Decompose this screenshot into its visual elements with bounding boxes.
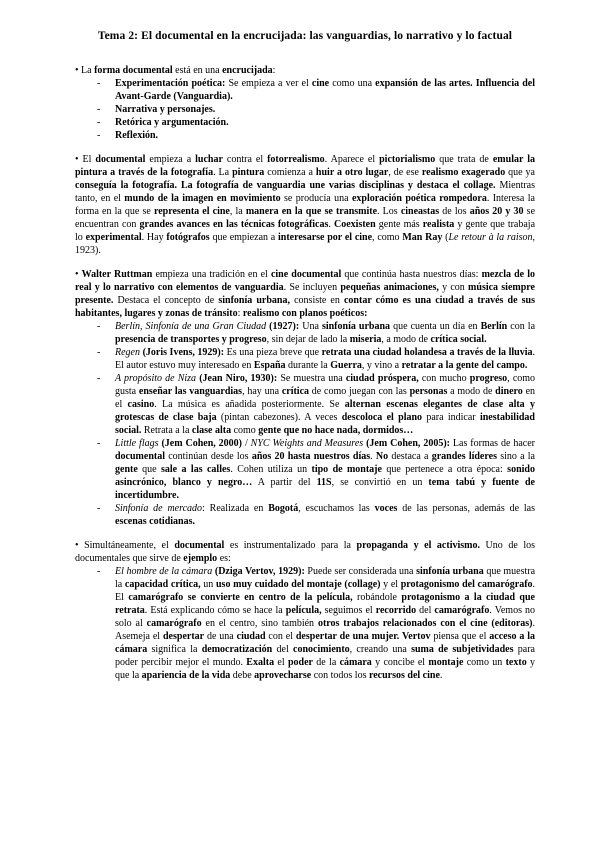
text-run: uso muy cuidado del montaje (collage) bbox=[216, 579, 380, 590]
text-run: cineastas bbox=[401, 206, 439, 217]
sub-list-item: -Reflexión. bbox=[75, 129, 535, 142]
text-run: para indicar bbox=[422, 412, 480, 423]
text-run: documental bbox=[115, 451, 165, 462]
text-run: , la bbox=[230, 206, 246, 217]
text-run: ciudad próspera, bbox=[346, 373, 419, 384]
text-run: seguimos el bbox=[322, 605, 376, 616]
text-run: experimental bbox=[86, 232, 142, 243]
bullet-marker: • bbox=[75, 540, 84, 551]
text-run: democratización bbox=[202, 644, 273, 655]
text-run: pictorialismo bbox=[379, 154, 435, 165]
text-run: continúan desde los bbox=[165, 451, 252, 462]
text-run: de las personas, además de las bbox=[397, 503, 535, 514]
text-run: Retrata a la bbox=[141, 425, 192, 436]
dash-marker: - bbox=[97, 372, 100, 385]
text-run: . Cohen utiliza un bbox=[230, 464, 311, 475]
text-run: aprovecharse bbox=[254, 670, 311, 681]
text-run: en el centro, sino también bbox=[202, 618, 318, 629]
text-run: como un bbox=[463, 657, 505, 668]
bullet-paragraph: • Simultáneamente, el documental es inst… bbox=[75, 539, 535, 565]
text-run: cine bbox=[312, 78, 329, 89]
text-run: del bbox=[272, 644, 293, 655]
text-run: Es una pieza breve que bbox=[224, 347, 322, 358]
text-run: y concibe el bbox=[372, 657, 429, 668]
text-run: otros trabajos relacionados con el cine … bbox=[318, 618, 533, 629]
text-run: consiste en bbox=[290, 295, 344, 306]
text-run: gente que no hace nada, dormidos… bbox=[258, 425, 413, 436]
dash-marker: - bbox=[97, 346, 100, 359]
text-run: realista bbox=[423, 219, 454, 230]
text-run: crítica social. bbox=[431, 334, 487, 345]
text-run: del bbox=[416, 605, 434, 616]
text-run: Man Ray bbox=[402, 232, 442, 243]
dash-marker: - bbox=[97, 103, 100, 116]
text-run: 11S bbox=[317, 477, 332, 488]
text-run: Le retour à la raison bbox=[448, 232, 532, 243]
text-run: cine documental bbox=[271, 269, 341, 280]
text-run: Walter Ruttman bbox=[82, 269, 153, 280]
text-run: forma documental bbox=[94, 65, 173, 76]
text-run: recursos del cine bbox=[369, 670, 440, 681]
text-run: presencia de transportes y progreso bbox=[115, 334, 267, 345]
text-run: que trata de bbox=[435, 154, 493, 165]
sub-list-item: -Retórica y argumentación. bbox=[75, 116, 535, 129]
text-run: Simultáneamente, el bbox=[84, 540, 174, 551]
text-run: luchar bbox=[195, 154, 223, 165]
text-run: texto bbox=[506, 657, 527, 668]
text-run: robándole bbox=[353, 592, 402, 603]
text-run: Guerra bbox=[330, 360, 362, 371]
text-run: como una bbox=[329, 78, 375, 89]
text-run: de una bbox=[204, 631, 237, 642]
text-run: España bbox=[254, 360, 286, 371]
text-run: fotógrafos bbox=[166, 232, 209, 243]
text-run: , escuchamos las bbox=[298, 503, 374, 514]
text-run: que empiezan a bbox=[210, 232, 278, 243]
text-run: No bbox=[376, 451, 388, 462]
dash-marker: - bbox=[97, 129, 100, 142]
text-run: progreso bbox=[470, 373, 507, 384]
text-run: está en una bbox=[173, 65, 222, 76]
text-run: pintura bbox=[232, 167, 264, 178]
text-run: Una bbox=[299, 321, 322, 332]
text-run: grandes avances en las técnicas fotográf… bbox=[140, 219, 329, 230]
text-run: a modo de bbox=[447, 386, 495, 397]
text-run: conseguía la fotografía. La fotografía d… bbox=[75, 180, 496, 191]
text-run: el bbox=[274, 657, 288, 668]
text-run: Exalta bbox=[246, 657, 274, 668]
text-run: gente más bbox=[376, 219, 423, 230]
text-run: película, bbox=[286, 605, 322, 616]
text-run: . bbox=[440, 670, 443, 681]
text-run: protagonismo del camarógrafo bbox=[401, 579, 533, 590]
dash-marker: - bbox=[97, 437, 100, 450]
text-run: El hombre de la cámara bbox=[115, 566, 212, 577]
dash-marker: - bbox=[97, 502, 100, 515]
text-run: . Hay bbox=[142, 232, 167, 243]
text-run: realismo exagerado bbox=[422, 167, 505, 178]
text-run: piensa que el bbox=[430, 631, 489, 642]
text-run: camarógrafo bbox=[434, 605, 489, 616]
text-run: NYC Weights and Measures bbox=[251, 438, 364, 449]
text-run: con mucho bbox=[419, 373, 470, 384]
text-run: : Realizada en bbox=[202, 503, 268, 514]
text-run: poder bbox=[288, 657, 313, 668]
text-run: y el bbox=[380, 579, 400, 590]
text-run: enseñar las vanguardias bbox=[139, 386, 242, 397]
text-run: (Joris Ivens, 1929): bbox=[143, 347, 225, 358]
text-run: , sin dejar de lado la bbox=[267, 334, 350, 345]
sub-list-item: -Sinfonía de mercado: Realizada en Bogot… bbox=[75, 502, 535, 528]
text-run: que bbox=[138, 464, 161, 475]
text-run: de como juegan con las bbox=[309, 386, 410, 397]
text-run: documental bbox=[95, 154, 145, 165]
text-run: . Está explicando cómo se hace la bbox=[145, 605, 286, 616]
text-run: . Los bbox=[377, 206, 401, 217]
bullet-paragraph: • El documental empieza a luchar contra … bbox=[75, 153, 535, 257]
text-run: / bbox=[242, 438, 251, 449]
text-run: , de ese bbox=[388, 167, 422, 178]
text-run: representa el cine bbox=[154, 206, 230, 217]
text-run: (Jem Cohen, 2000) bbox=[161, 438, 242, 449]
text-run: , se convirtió en un bbox=[332, 477, 429, 488]
dash-marker: - bbox=[97, 320, 100, 333]
text-run: es instrumentalizado para la bbox=[224, 540, 356, 551]
text-run: documental bbox=[174, 540, 224, 551]
text-run: Narrativa y personajes. bbox=[115, 104, 215, 115]
text-run: voces bbox=[375, 503, 398, 514]
text-run: Se empieza a ver el bbox=[225, 78, 312, 89]
text-run: (Jem Cohen, 2005): bbox=[366, 438, 450, 449]
text-run: destaca a bbox=[388, 451, 432, 462]
text-run: años 20 y 30 bbox=[470, 206, 524, 217]
text-run: camarógrafo se convierte en centro de la… bbox=[128, 592, 352, 603]
text-run: sale a las calles bbox=[161, 464, 230, 475]
text-run: descoloca el plano bbox=[342, 412, 422, 423]
bullet-marker: • bbox=[75, 154, 83, 165]
text-run: sinfonía urbana, bbox=[218, 295, 290, 306]
bullet-paragraph: • La forma documental está en una encruc… bbox=[75, 64, 535, 77]
text-run: apariencia de la vida bbox=[142, 670, 231, 681]
text-run: con el bbox=[266, 631, 296, 642]
text-run: Berlín, Sinfonía de una Gran Ciudad bbox=[115, 321, 266, 332]
text-run: significa la bbox=[147, 644, 201, 655]
text-run: capacidad crítica, bbox=[125, 579, 201, 590]
text-run: A partir del bbox=[252, 477, 316, 488]
text-run: , hay una bbox=[242, 386, 282, 397]
text-run: comienza a bbox=[264, 167, 316, 178]
text-run: como bbox=[231, 425, 258, 436]
text-run: (pintan cabezones). A veces bbox=[217, 412, 342, 423]
text-run: que ya bbox=[505, 167, 535, 178]
text-run: empieza una tradición en el bbox=[152, 269, 271, 280]
text-run: ejemplo bbox=[183, 553, 217, 564]
sub-list-item: -A propósito de Niza (Jean Niro, 1930): … bbox=[75, 372, 535, 437]
dash-marker: - bbox=[97, 116, 100, 129]
text-run: (Jean Niro, 1930): bbox=[199, 373, 277, 384]
text-run: realismo con planos poéticos: bbox=[243, 308, 368, 319]
text-run: Bogotá bbox=[268, 503, 298, 514]
text-run: sinfonía urbana bbox=[322, 321, 390, 332]
text-run: Experimentación poética: bbox=[115, 78, 225, 89]
text-run: Little flags bbox=[115, 438, 159, 449]
text-run: tipo de montaje bbox=[312, 464, 382, 475]
text-run: (Dziga Vertov, 1929): bbox=[215, 566, 305, 577]
text-run: Retórica y argumentación. bbox=[115, 117, 229, 128]
text-run: . La música es añadida posteriormente. S… bbox=[154, 399, 345, 410]
text-run: Coexisten bbox=[334, 219, 376, 230]
text-run: Sinfonía de mercado bbox=[115, 503, 202, 514]
bullet-paragraph: • Walter Ruttman empieza una tradición e… bbox=[75, 268, 535, 320]
text-run: escenas cotidianas. bbox=[115, 516, 195, 527]
sub-list-item: -Berlín, Sinfonía de una Gran Ciudad (19… bbox=[75, 320, 535, 346]
text-run: un bbox=[201, 579, 216, 590]
text-run: Destaca el concepto de bbox=[113, 295, 218, 306]
text-run: grandes líderes bbox=[432, 451, 497, 462]
text-run: exploración poética rompedora bbox=[352, 193, 487, 204]
text-run: clase alta bbox=[192, 425, 231, 436]
text-run: recorrido bbox=[376, 605, 416, 616]
text-run: , y vino a bbox=[362, 360, 402, 371]
text-run: Berlín bbox=[481, 321, 508, 332]
text-run: sinfonía urbana bbox=[416, 566, 484, 577]
text-run: que pertenece a otra época: bbox=[382, 464, 507, 475]
text-run: . Se incluyen bbox=[284, 282, 341, 293]
text-run: propaganda y el activismo. bbox=[357, 540, 480, 551]
text-run: montaje bbox=[428, 657, 463, 668]
text-run: encrucijada bbox=[222, 65, 273, 76]
text-run: que cuenta un día en bbox=[390, 321, 481, 332]
text-run: El bbox=[83, 154, 96, 165]
text-run: retratar a la gente del campo. bbox=[402, 360, 528, 371]
text-run: , creando una bbox=[350, 644, 411, 655]
text-run: es: bbox=[217, 553, 231, 564]
text-run: fotorrealismo bbox=[267, 154, 325, 165]
text-run: La bbox=[81, 65, 94, 76]
dash-marker: - bbox=[97, 565, 100, 578]
document-page: Tema 2: El documental en la encrucijada:… bbox=[0, 0, 600, 848]
text-run: Las formas de hacer bbox=[450, 438, 535, 449]
text-run: dinero bbox=[495, 386, 523, 397]
text-run: mundo de la imagen en movimiento bbox=[124, 193, 280, 204]
text-run: pequeñas animaciones, bbox=[340, 282, 439, 293]
text-run: retrata una ciudad holandesa a través de… bbox=[322, 347, 533, 358]
text-run: despertar bbox=[163, 631, 204, 642]
text-run: : bbox=[273, 65, 276, 76]
text-run: miseria bbox=[350, 334, 382, 345]
text-run: , a modo de bbox=[381, 334, 430, 345]
text-run: suma de subjetividades bbox=[411, 644, 513, 655]
text-run: con la bbox=[507, 321, 535, 332]
text-run: despertar de una mujer. Vertov bbox=[296, 631, 431, 642]
text-run: (1927): bbox=[269, 321, 299, 332]
text-run: conocimiento bbox=[293, 644, 350, 655]
dash-marker: - bbox=[97, 77, 100, 90]
text-run: ciudad bbox=[237, 631, 266, 642]
sub-list-item: -Little flags (Jem Cohen, 2000) / NYC We… bbox=[75, 437, 535, 502]
text-run: y con bbox=[439, 282, 468, 293]
text-run: manera en la que se transmite bbox=[246, 206, 377, 217]
text-run: crítica bbox=[282, 386, 309, 397]
text-run: Reflexión. bbox=[115, 130, 158, 141]
text-run: sino a la bbox=[497, 451, 535, 462]
text-run: que continúa hasta nuestros días: bbox=[341, 269, 481, 280]
sub-list-item: -Narrativa y personajes. bbox=[75, 103, 535, 116]
text-run: interesarse por el cine bbox=[278, 232, 372, 243]
bullet-marker: • bbox=[75, 269, 82, 280]
text-run: debe bbox=[230, 670, 254, 681]
text-run: Puede ser considerada una bbox=[305, 566, 416, 577]
text-run: . Aparece el bbox=[325, 154, 379, 165]
sub-list-item: -Regen (Joris Ivens, 1929): Es una pieza… bbox=[75, 346, 535, 372]
text-run: personas bbox=[410, 386, 448, 397]
text-run: durante la bbox=[286, 360, 331, 371]
text-run: empieza a bbox=[145, 154, 195, 165]
sub-list-item: -El hombre de la cámara (Dziga Vertov, 1… bbox=[75, 565, 535, 682]
text-run: huir a otro lugar bbox=[316, 167, 388, 178]
text-run: de la bbox=[313, 657, 340, 668]
text-run: cámara bbox=[340, 657, 372, 668]
text-run: con todos los bbox=[311, 670, 369, 681]
text-run: gente bbox=[115, 464, 138, 475]
text-run: , como bbox=[372, 232, 402, 243]
text-run: se producía una bbox=[281, 193, 352, 204]
text-run: años 20 hasta nuestros días bbox=[252, 451, 370, 462]
text-run: casino bbox=[128, 399, 155, 410]
text-run: contra el bbox=[223, 154, 267, 165]
sub-list-item: -Experimentación poética: Se empieza a v… bbox=[75, 77, 535, 103]
text-run: de los bbox=[439, 206, 470, 217]
text-run: A propósito de Niza bbox=[115, 373, 196, 384]
document-body: • La forma documental está en una encruc… bbox=[75, 64, 535, 682]
page-title: Tema 2: El documental en la encrucijada:… bbox=[75, 29, 535, 43]
text-run: . La bbox=[213, 167, 232, 178]
text-run: camarógrafo bbox=[147, 618, 202, 629]
text-run: Regen bbox=[115, 347, 140, 358]
text-run: Se muestra una bbox=[277, 373, 346, 384]
